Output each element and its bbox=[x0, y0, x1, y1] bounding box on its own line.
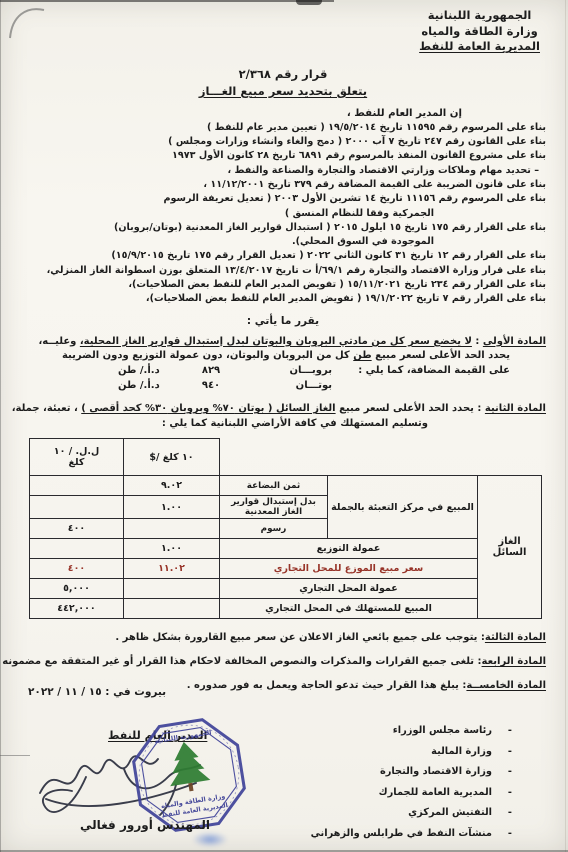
lbp-value-cell: ٤٠٠ bbox=[30, 559, 124, 579]
row-label-cell: المبيع للمستهلك في المحل التجاري bbox=[220, 599, 478, 619]
distribution-label: المديرية العامة للجمارك bbox=[379, 783, 492, 804]
preamble-basis-line: بناء على المرسوم رقم ١١١٥٦ تاريخ ١٤ تشري… bbox=[20, 192, 546, 206]
article-1-tail: وعليــه، bbox=[38, 336, 79, 347]
row-label-cell: رسوم bbox=[220, 519, 328, 539]
preamble-basis-line: بناء على القانون رقم ٢٤٧ تاريخ ٧ آب ٢٠٠٠… bbox=[20, 135, 546, 149]
letterhead: الجمهورية اللبنانية وزارة الطاقة والمياه… bbox=[419, 8, 540, 55]
separator: : bbox=[474, 656, 481, 667]
price-table: $/ ١٠ كلغل.ل. / ١٠ كلغالغاز السائلالمبيع… bbox=[29, 438, 542, 619]
preamble-basis-line: بناء على القرار رقم ١٧٥ تاريخ ١٥ ايلول ٢… bbox=[20, 221, 546, 235]
distribution-item: -رئاسة مجلس الوزراء bbox=[311, 721, 512, 742]
preamble-basis-line: الجمركية وفقا للنظام المنسق ) bbox=[20, 207, 546, 221]
dash-bullet: - bbox=[504, 824, 512, 845]
gas-type-cell: الغاز السائل bbox=[478, 476, 542, 619]
preamble-intro: إن المدير العام للنفط ، bbox=[20, 107, 546, 121]
article-2-label: المادة الثانية bbox=[485, 403, 546, 414]
article-2-text: يحدد الحد الأعلى لسعر مبيع bbox=[336, 403, 474, 414]
signer-name: المهندس أورور فغالي bbox=[80, 818, 210, 832]
usd-value-cell bbox=[124, 519, 220, 539]
article-4-text: تلغى جميع القرارات والمذكرات والنصوص الم… bbox=[2, 656, 474, 667]
preamble-basis-line: بناء على المرسوم رقم ١١٥٩٥ تاريخ ١٩/٥/٢٠… bbox=[20, 121, 546, 135]
article-1-text: يحدد الحد الأعلى لسعر مبيع bbox=[372, 350, 510, 361]
header-spacer bbox=[478, 439, 542, 476]
distribution-item: -منشآت النفط في طرابلس والزهراني bbox=[311, 824, 512, 845]
separator: : bbox=[477, 632, 484, 643]
dash-bullet: - bbox=[504, 783, 512, 804]
header-spacer bbox=[220, 439, 478, 476]
distribution-item: -وزارة المالية bbox=[311, 742, 512, 763]
article-2: المادة الثانية : يحدد الحد الأعلى لسعر م… bbox=[20, 402, 546, 432]
article-1-text: كل من البروبان والبوتان، دون عمولة التوز… bbox=[62, 350, 353, 361]
group-label-cell: المبيع في مركز التعبئة بالجملة bbox=[328, 476, 478, 539]
table-row: عمولة التوزيع١.٠٠ bbox=[30, 539, 542, 559]
rate-unit: د.أ./ طن bbox=[118, 379, 182, 394]
distribution-label: وزارة المالية bbox=[431, 742, 492, 763]
rate-unit: د.أ./ طن bbox=[118, 364, 182, 379]
preamble-basis-line: بناء على القرار رقم ٢٣٤ تاريخ ١٥/١١/٢٠٢١… bbox=[20, 278, 546, 292]
distribution-label: التفتيش المركزي bbox=[408, 803, 492, 824]
ink-smudge bbox=[192, 832, 228, 847]
article-1-line-1: المادة الأولى : لا يخضع سعر كل من مادتي … bbox=[20, 335, 546, 350]
table-row: الغاز السائلالمبيع في مركز التعبئة بالجم… bbox=[30, 476, 542, 496]
decree-title: قرار رقم ٢/٣٦٨ يتعلق بتحديد سعر مبيع الغ… bbox=[20, 66, 546, 100]
usd-value-cell: ١١.٠٢ bbox=[124, 559, 220, 579]
article-2-line-2: وتسليم المستهلك في كافة الأراضي اللبناني… bbox=[20, 417, 546, 432]
preamble-basis-line: بناء على القرار رقم ٧ تاريخ ١٩/١/٢٠٢٢ ( … bbox=[20, 292, 546, 306]
decree-lead: يقرر ما يأتي : bbox=[20, 315, 546, 327]
table-row: المبيع للمستهلك في المحل التجاري٤٤٢,٠٠٠ bbox=[30, 599, 542, 619]
row-label-cell: عمولة التوزيع bbox=[220, 539, 478, 559]
basis-lines: بناء على المرسوم رقم ١١٥٩٥ تاريخ ١٩/٥/٢٠… bbox=[20, 121, 546, 307]
article-1-clause: لا يخضع سعر كل من مادتي البروبان والبوتا… bbox=[80, 336, 472, 347]
distribution-label: وزارة الاقتصاد والتجارة bbox=[380, 762, 492, 783]
distribution-item: -المديرية العامة للجمارك bbox=[311, 783, 512, 804]
article-4-label: المادة الرابعة bbox=[482, 656, 546, 667]
scanned-decree-page: الجمهورية اللبنانية وزارة الطاقة والمياه… bbox=[0, 0, 568, 852]
lbp-value-cell: ٥,٠٠٠ bbox=[30, 579, 124, 599]
rate-name: بوتـــان bbox=[240, 379, 332, 394]
rate-value: ٩٤٠ bbox=[182, 379, 240, 394]
article-3-label: المادة الثالثة bbox=[485, 632, 546, 643]
dash-bullet: - bbox=[504, 742, 512, 763]
distribution-item: -التفتيش المركزي bbox=[311, 803, 512, 824]
separator: : bbox=[474, 403, 485, 414]
article-2-tail: ، تعبئة، جملة، bbox=[12, 403, 82, 414]
preamble-basis-line: بناء على قانون الضريبة على القيمة المضاف… bbox=[20, 178, 546, 192]
preamble-basis-line: – تحديد مهام وملاكات وزارتي الاقتصاد وال… bbox=[20, 164, 546, 178]
table-row: عمولة المحل التجاري٥,٠٠٠ bbox=[30, 579, 542, 599]
col-header-lbp: ل.ل. / ١٠ كلغ bbox=[30, 439, 124, 476]
price-per-ton-rates: بروبـــان٨٢٩د.أ./ طنبوتـــان٩٤٠د.أ./ طن bbox=[116, 364, 332, 394]
dash-bullet: - bbox=[504, 721, 512, 742]
lbp-value-cell bbox=[30, 476, 124, 496]
preamble: إن المدير العام للنفط ، بناء على المرسوم… bbox=[20, 107, 546, 307]
table-row: سعر مبيع الموزع للمحل التجاري١١.٠٢٤٠٠ bbox=[30, 559, 542, 579]
preamble-basis-line: الموجودة في السوق المحلي). bbox=[20, 235, 546, 249]
cedar-icon bbox=[164, 739, 212, 795]
usd-value-cell bbox=[124, 579, 220, 599]
article-5-label: المادة الخامســة bbox=[466, 680, 546, 691]
lbp-value-cell bbox=[30, 539, 124, 559]
dash-bullet: - bbox=[504, 762, 512, 783]
distribution-item: -وزارة الاقتصاد والتجارة bbox=[311, 762, 512, 783]
distribution-label: رئاسة مجلس الوزراء bbox=[393, 721, 492, 742]
letterhead-directorate: المديرية العامة للنفط bbox=[419, 39, 540, 55]
article-2-line-1: المادة الثانية : يحدد الحد الأعلى لسعر م… bbox=[20, 402, 546, 417]
article-1: المادة الأولى : لا يخضع سعر كل من مادتي … bbox=[20, 335, 546, 394]
article-2-clause: الغاز السائل ( بوتان ٧٠% وبروبان ٣٠% كحد… bbox=[81, 403, 335, 414]
lbp-value-cell: ٤٠٠ bbox=[30, 519, 124, 539]
rate-value: ٨٢٩ bbox=[182, 364, 240, 379]
preamble-basis-line: بناء على قرار وزارة الاقتصاد والتجارة رق… bbox=[20, 264, 546, 278]
row-label-cell: بدل إستبدال قوارير الغاز المعدنية bbox=[220, 496, 328, 519]
row-label-cell: ثمن البضاعة bbox=[220, 476, 328, 496]
decree-number: قرار رقم ٢/٣٦٨ bbox=[20, 66, 546, 83]
rate-row: بوتـــان٩٤٠د.أ./ طن bbox=[116, 379, 332, 394]
stamp-text-top: الجمهورية اللبنانية bbox=[154, 728, 212, 745]
letterhead-republic: الجمهورية اللبنانية bbox=[419, 8, 540, 24]
col-header-usd: $/ ١٠ كلغ bbox=[124, 439, 220, 476]
lbp-value-cell: ٤٤٢,٠٠٠ bbox=[30, 599, 124, 619]
preamble-basis-line: بناء على مشروع القانون المنفذ بالمرسوم ر… bbox=[20, 149, 546, 163]
usd-value-cell: ٩.٠٢ bbox=[124, 476, 220, 496]
usd-value-cell: ١.٠٠ bbox=[124, 496, 220, 519]
article-4: المادة الرابعة: تلغى جميع القرارات والمذ… bbox=[20, 656, 546, 667]
article-1-label: المادة الأولى bbox=[483, 336, 546, 347]
distribution-list: -رئاسة مجلس الوزراء-وزارة المالية-وزارة … bbox=[311, 721, 512, 845]
dateline: بيروت في : ١٥ / ١١ / ٢٠٢٢ bbox=[28, 686, 166, 698]
preamble-basis-line: بناء على القرار رقم ١٢ تاريخ ٣١ كانون ال… bbox=[20, 249, 546, 263]
row-label-cell: سعر مبيع الموزع للمحل التجاري bbox=[220, 559, 478, 579]
rate-name: بروبـــان bbox=[240, 364, 332, 379]
article-1-line-2: يحدد الحد الأعلى لسعر مبيع طن كل من البر… bbox=[20, 349, 546, 364]
dash-bullet: - bbox=[504, 803, 512, 824]
letterhead-ministry: وزارة الطاقة والمياه bbox=[419, 24, 540, 40]
usd-value-cell bbox=[124, 599, 220, 619]
lbp-value-cell bbox=[30, 496, 124, 519]
usd-value-cell: ١.٠٠ bbox=[124, 539, 220, 559]
separator: : bbox=[472, 336, 483, 347]
decree-subject: يتعلق بتحديد سعر مبيع الغـــاز bbox=[20, 83, 546, 100]
article-3: المادة الثالثة: يتوجب على جميع بائعي الغ… bbox=[20, 632, 546, 643]
row-label-cell: عمولة المحل التجاري bbox=[220, 579, 478, 599]
article-1-ton: طن bbox=[353, 350, 371, 361]
article-5-text: يبلغ هذا القرار حيث تدعو الحاجة ويعمل به… bbox=[187, 680, 459, 691]
article-3-text: يتوجب على جميع بائعي الغاز الاعلان عن سع… bbox=[115, 632, 477, 643]
rate-row: بروبـــان٨٢٩د.أ./ طن bbox=[116, 364, 332, 379]
distribution-label: منشآت النفط في طرابلس والزهراني bbox=[311, 824, 492, 845]
